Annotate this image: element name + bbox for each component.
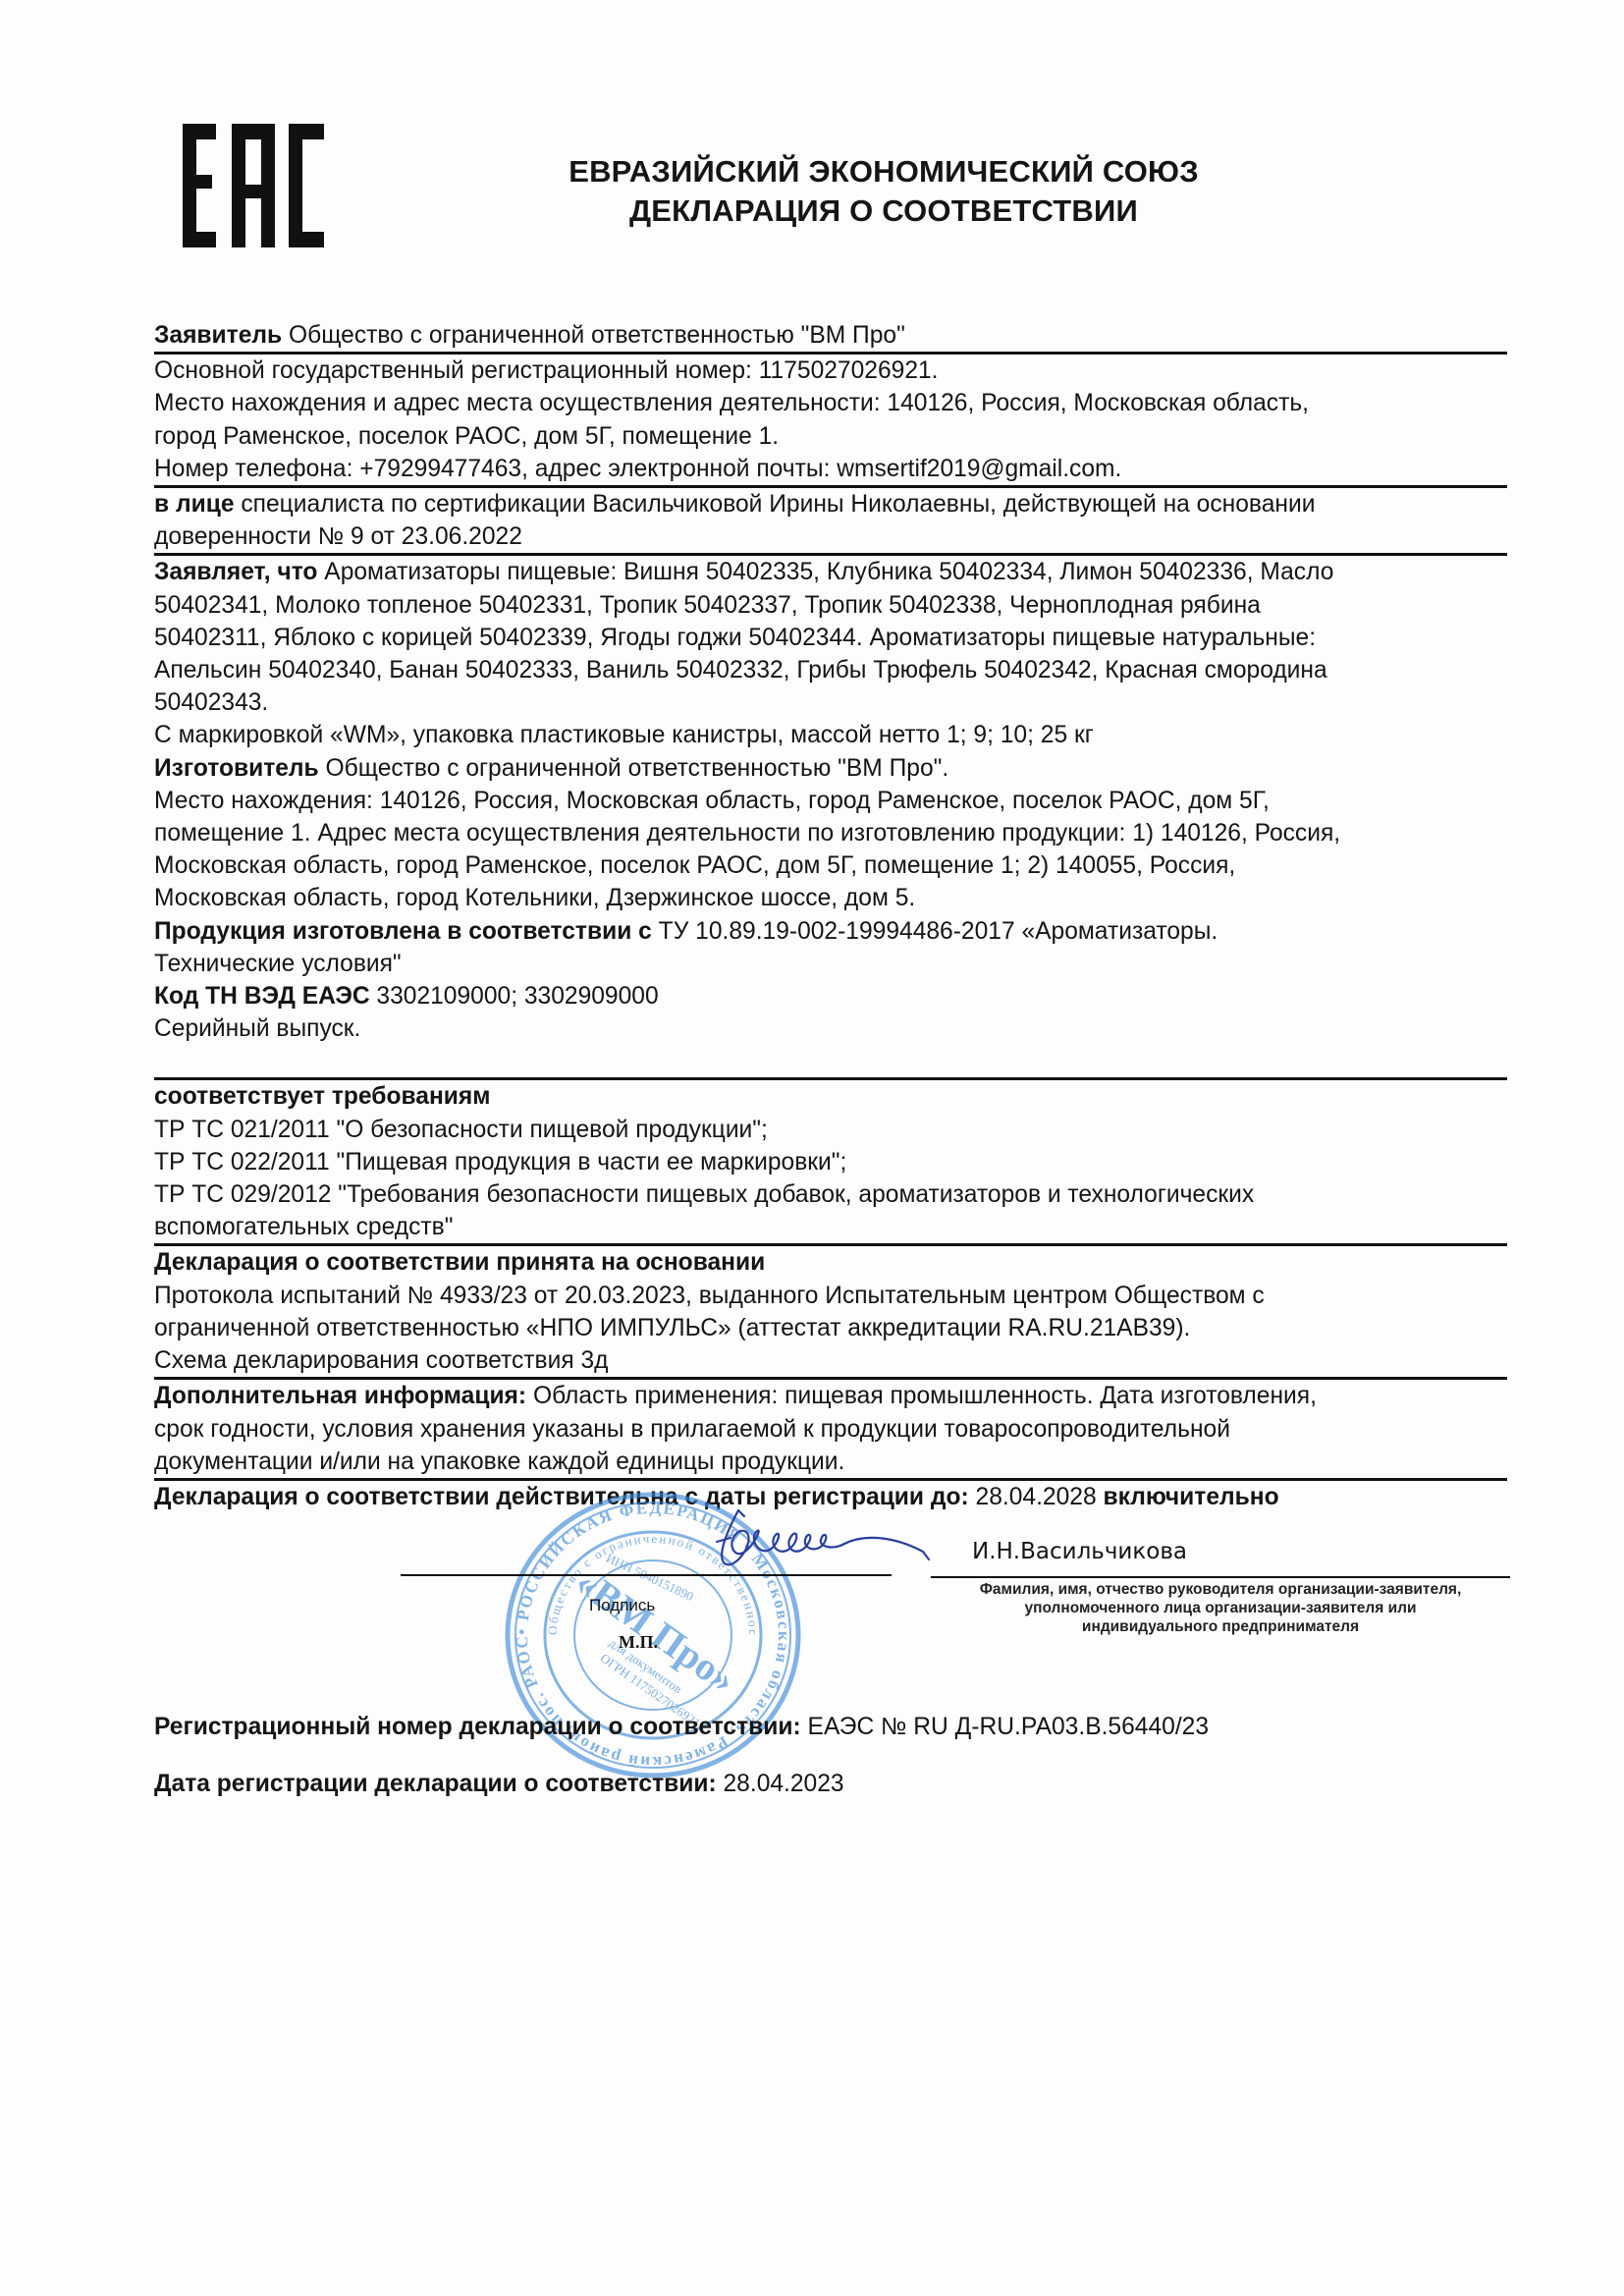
signer-caption: Фамилия, имя, отчество руководителя орга… bbox=[931, 1580, 1510, 1636]
title-declaration: ДЕКЛАРАЦИЯ О СООТВЕТСТВИИ bbox=[530, 191, 1237, 231]
registration-date: 28.04.2023 bbox=[717, 1771, 844, 1797]
applicant-address-1: Место нахождения и адрес места осуществл… bbox=[154, 387, 1507, 419]
applicant-address-2: город Раменское, поселок РАОС, дом 5Г, п… bbox=[154, 420, 1507, 453]
requirement-item: ТР ТС 021/2011 "О безопасности пищевой п… bbox=[154, 1114, 1507, 1146]
basis-label: Декларация о соответствии принята на осн… bbox=[154, 1246, 1507, 1279]
applicant-ogrn: Основной государственный регистрационный… bbox=[154, 355, 1507, 387]
applicant-contacts: Номер телефона: +79299477463, адрес элек… bbox=[154, 453, 1507, 488]
basis-line: Протокола испытаний № 4933/23 от 20.03.2… bbox=[154, 1280, 1507, 1312]
product-line: Апельсин 50402340, Банан 50402333, Ванил… bbox=[154, 654, 1507, 686]
registration-number-row: Регистрационный номер декларации о соотв… bbox=[154, 1711, 1209, 1743]
product-line: 50402343. bbox=[154, 686, 1507, 719]
product-line: 50402311, Яблоко с корицей 50402339, Яго… bbox=[154, 622, 1507, 654]
additional-info-line: документации и/или на упаковке каждой ед… bbox=[154, 1446, 1507, 1481]
declaration-scheme: Схема декларирования соответствия 3д bbox=[154, 1344, 1507, 1380]
declaration-body: Заявитель Общество с ограниченной ответс… bbox=[154, 319, 1507, 1513]
registration-date-row: Дата регистрации декларации о соответств… bbox=[154, 1768, 844, 1800]
requirement-item: ТР ТС 022/2011 "Пищевая продукция в част… bbox=[154, 1146, 1507, 1178]
document-title: ЕВРАЗИЙСКИЙ ЭКОНОМИЧЕСКИЙ СОЮЗ ДЕКЛАРАЦИ… bbox=[530, 152, 1237, 231]
title-union: ЕВРАЗИЙСКИЙ ЭКОНОМИЧЕСКИЙ СОЮЗ bbox=[530, 152, 1237, 191]
declares-label: Заявляет, что bbox=[154, 559, 317, 585]
seal-placeholder-label: М.П. bbox=[619, 1632, 658, 1653]
applicant-row: Заявитель Общество с ограниченной ответс… bbox=[154, 319, 1507, 355]
handwritten-signature-icon bbox=[687, 1503, 943, 1581]
produced-per-label: Продукция изготовлена в соответствии с bbox=[154, 918, 652, 945]
registration-date-label: Дата регистрации декларации о соответств… bbox=[154, 1771, 717, 1797]
signer-name: И.Н.Васильчикова bbox=[972, 1539, 1187, 1564]
additional-info-label: Дополнительная информация: bbox=[154, 1383, 526, 1409]
manufacturer-address: Место нахождения: 140126, Россия, Москов… bbox=[154, 785, 1507, 817]
basis-line: ограниченной ответственностью «НПО ИМПУЛ… bbox=[154, 1312, 1507, 1344]
validity-date: 28.04.2028 bbox=[969, 1484, 1104, 1510]
section-divider bbox=[154, 1045, 1507, 1080]
manufacturer-label: Изготовитель bbox=[154, 755, 319, 782]
product-line: 50402341, Молоко топленое 50402331, Троп… bbox=[154, 589, 1507, 622]
eac-logo bbox=[179, 120, 328, 251]
applicant-name: Общество с ограниченной ответственностью… bbox=[282, 322, 905, 349]
hs-code-label: Код ТН ВЭД ЕАЭС bbox=[154, 983, 370, 1010]
manufacturer-row: Изготовитель Общество с ограниченной отв… bbox=[154, 752, 1507, 785]
manufacturer-address: Московская область, город Котельники, Дз… bbox=[154, 882, 1507, 914]
declares-row: Заявляет, что Ароматизаторы пищевые: Виш… bbox=[154, 556, 1507, 588]
additional-info-line: срок годности, условия хранения указаны … bbox=[154, 1413, 1507, 1446]
product-packaging: С маркировкой «WM», упаковка пластиковые… bbox=[154, 719, 1507, 751]
applicant-label: Заявитель bbox=[154, 322, 282, 349]
additional-info-row: Дополнительная информация: Область приме… bbox=[154, 1380, 1507, 1412]
representative-row: в лице специалиста по сертификации Васил… bbox=[154, 488, 1507, 520]
representative-label: в лице bbox=[154, 491, 235, 518]
serial-release: Серийный выпуск. bbox=[154, 1012, 1507, 1045]
produced-per-line2: Технические условия" bbox=[154, 948, 1507, 980]
eac-mark-icon bbox=[179, 120, 328, 251]
validity-suffix: включительно bbox=[1103, 1484, 1278, 1510]
signer-name-line bbox=[931, 1576, 1510, 1578]
registration-number-label: Регистрационный номер декларации о соотв… bbox=[154, 1714, 801, 1740]
produced-per-row: Продукция изготовлена в соответствии с Т… bbox=[154, 915, 1507, 948]
manufacturer-address: помещение 1. Адрес места осуществления д… bbox=[154, 817, 1507, 849]
registration-number: ЕАЭС № RU Д-RU.РА03.В.56440/23 bbox=[801, 1714, 1209, 1740]
hs-code-row: Код ТН ВЭД ЕАЭС 3302109000; 3302909000 bbox=[154, 980, 1507, 1012]
signature-caption: Подпись bbox=[589, 1596, 655, 1615]
requirement-item: ТР ТС 029/2012 "Требования безопасности … bbox=[154, 1178, 1507, 1211]
requirements-label: соответствует требованиям bbox=[154, 1080, 1507, 1113]
requirement-item: вспомогательных средств" bbox=[154, 1211, 1507, 1246]
manufacturer-address: Московская область, город Раменское, пос… bbox=[154, 849, 1507, 882]
representative-power-of-attorney: доверенности № 9 от 23.06.2022 bbox=[154, 520, 1507, 556]
